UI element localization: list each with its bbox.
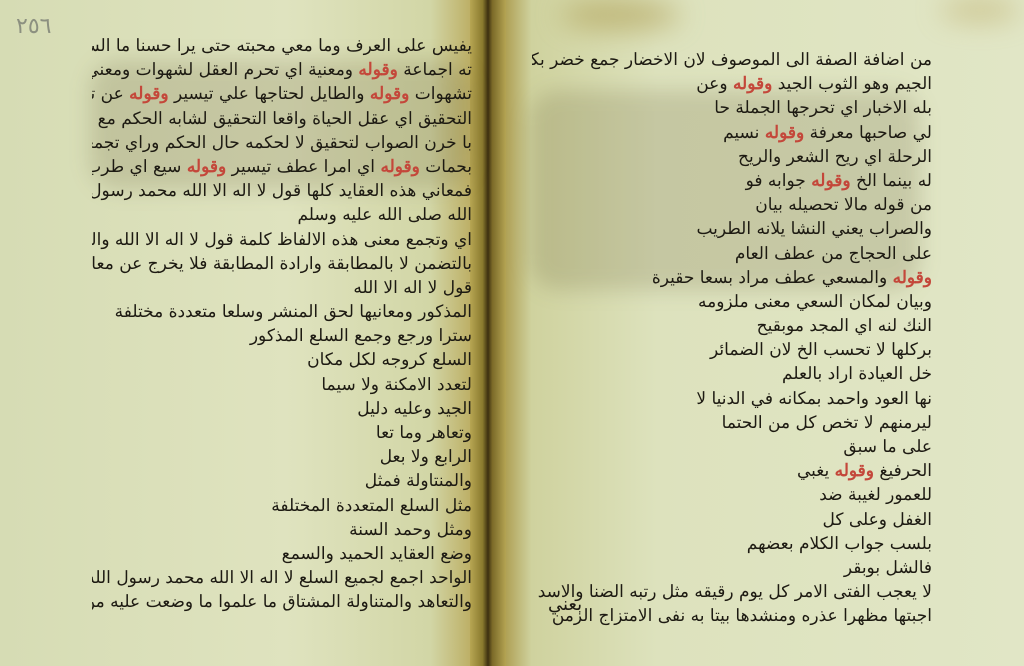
text-line: وضع العقايد الحميد والسمع (92, 542, 472, 566)
text-line: الغفل وعلى كل (532, 508, 932, 532)
text-line: له بينما الخ وقوله جوابه فو (532, 169, 932, 193)
text-line: لا يعجب الفتى الامر كل يوم رقيقه مثل رتب… (532, 580, 932, 604)
text-line: سترا ورجع وجمع السلع المذكور (92, 324, 472, 348)
text-line: با خرن الصواب لتحقيق لا لحكمه حال الحكم … (92, 131, 472, 155)
text-line: فمعاني هذه العقايد كلها قول لا اله الا ا… (92, 179, 472, 203)
text-line: التحقيق اي عقل الحياة واقعا التحقيق لشاب… (92, 107, 472, 131)
rubric-word: وقوله (733, 74, 772, 94)
text-line: الحرفيغ وقوله يغبي (532, 459, 932, 483)
folio-number: ٢٥٦ (16, 14, 51, 39)
rubric-word: وقوله (370, 84, 409, 104)
text-line: الجيد وعليه دليل (92, 397, 472, 421)
text-line: السلع كروجه لكل مكان (92, 348, 472, 372)
text-line: نها العود واحمد بمكانه في الدنيا لا (532, 387, 932, 411)
text-line: الواحد اجمع لجميع السلع لا اله الا الله … (92, 566, 472, 590)
text-line: على ما سبق (532, 435, 932, 459)
text-line: والمنتاولة فمثل (92, 469, 472, 493)
rubric-word: وقوله (358, 60, 397, 80)
text-line: الرحلة اي ريح الشعر والريح (532, 145, 932, 169)
text-line: بركلها لا تحسب الخ لان الضمائر (532, 338, 932, 362)
rubric-word: وقوله (765, 123, 804, 143)
text-line: اجبتها مظهرا عذره ومنشدها بيتا به نفى ال… (532, 604, 932, 628)
text-line: الجيم وهو الثوب الجيد وقوله وعن (532, 72, 932, 96)
text-line: مثل السلع المتعددة المختلفة (92, 494, 472, 518)
text-line: تشهوات وقوله والطايل لحتاجها علي تيسير و… (92, 82, 472, 106)
text-line: الله صلى الله عليه وسلم (92, 203, 472, 227)
text-line: ته اجماعة وقوله ومعنية اي تحرم العقل لشه… (92, 58, 472, 82)
text-line: خل العيادة اراد بالعلم (532, 362, 932, 386)
text-line: وقوله والمسعي عطف مراد بسعا حقيرة (532, 266, 932, 290)
text-line: فالشل بوبقر (532, 556, 932, 580)
text-line: للعمور لغيبة ضد (532, 483, 932, 507)
catchword: بعني (548, 594, 582, 615)
text-line: ومثل وحمد السنة (92, 518, 472, 542)
text-line: بلسب جواب الكلام بعضهم (532, 532, 932, 556)
rubric-word: وقوله (380, 157, 419, 177)
rubric-word: وقوله (129, 84, 168, 104)
rubric-word: وقوله (893, 268, 932, 288)
manuscript-spread: ٢٥٦ يفيس على العرف وما معي محبته حتى يرا… (0, 0, 1024, 666)
text-line: المذكور ومعانيها لحق المنشر وسلعا متعددة… (92, 300, 472, 324)
text-line: بالتضمن لا بالمطابقة وارادة المطابقة فلا… (92, 252, 472, 276)
text-line: ليرمنهم لا تخص كل من الحتما (532, 411, 932, 435)
text-line: يفيس على العرف وما معي محبته حتى يرا حسن… (92, 34, 472, 58)
water-stain (560, 0, 680, 30)
text-line: والتعاهد والمتناولة المشتاق ما علموا ما … (92, 590, 472, 614)
rubric-word: وقوله (187, 157, 226, 177)
text-line: الرابع ولا بعل (92, 445, 472, 469)
left-page-text: يفيس على العرف وما معي محبته حتى يرا حسن… (92, 34, 472, 615)
text-line: قول لا اله الا الله (92, 276, 472, 300)
text-line: والصراب يعني النشا يلانه الطريب (532, 217, 932, 241)
text-line: من قوله مالا تحصيله بيان (532, 193, 932, 217)
text-line: من اضافة الصفة الى الموصوف لان الاخضار ج… (532, 48, 932, 72)
text-line: لي صاحبها معرفة وقوله نسيم (532, 121, 932, 145)
water-stain (940, 0, 1020, 20)
rubric-word: وقوله (835, 461, 874, 481)
text-line: وبيان لمكان السعي معنى ملزومه (532, 290, 932, 314)
text-line: النك لنه اي المجد موبقيح (532, 314, 932, 338)
text-line: بله الاخبار اي تحرجها الجملة حا (532, 96, 932, 120)
book-gutter (470, 0, 506, 666)
text-line: على الحجاج من عطف العام (532, 242, 932, 266)
text-line: بحمات وقوله اي امرا عطف تيسير وقوله سيع … (92, 155, 472, 179)
right-page-text: من اضافة الصفة الى الموصوف لان الاخضار ج… (532, 48, 932, 629)
rubric-word: وقوله (811, 171, 850, 191)
text-line: اي وتجمع معنى هذه الالفاظ كلمة قول لا ال… (92, 228, 472, 252)
text-line: وتعاهر وما تعا (92, 421, 472, 445)
text-line: لتعدد الامكنة ولا سيما (92, 373, 472, 397)
